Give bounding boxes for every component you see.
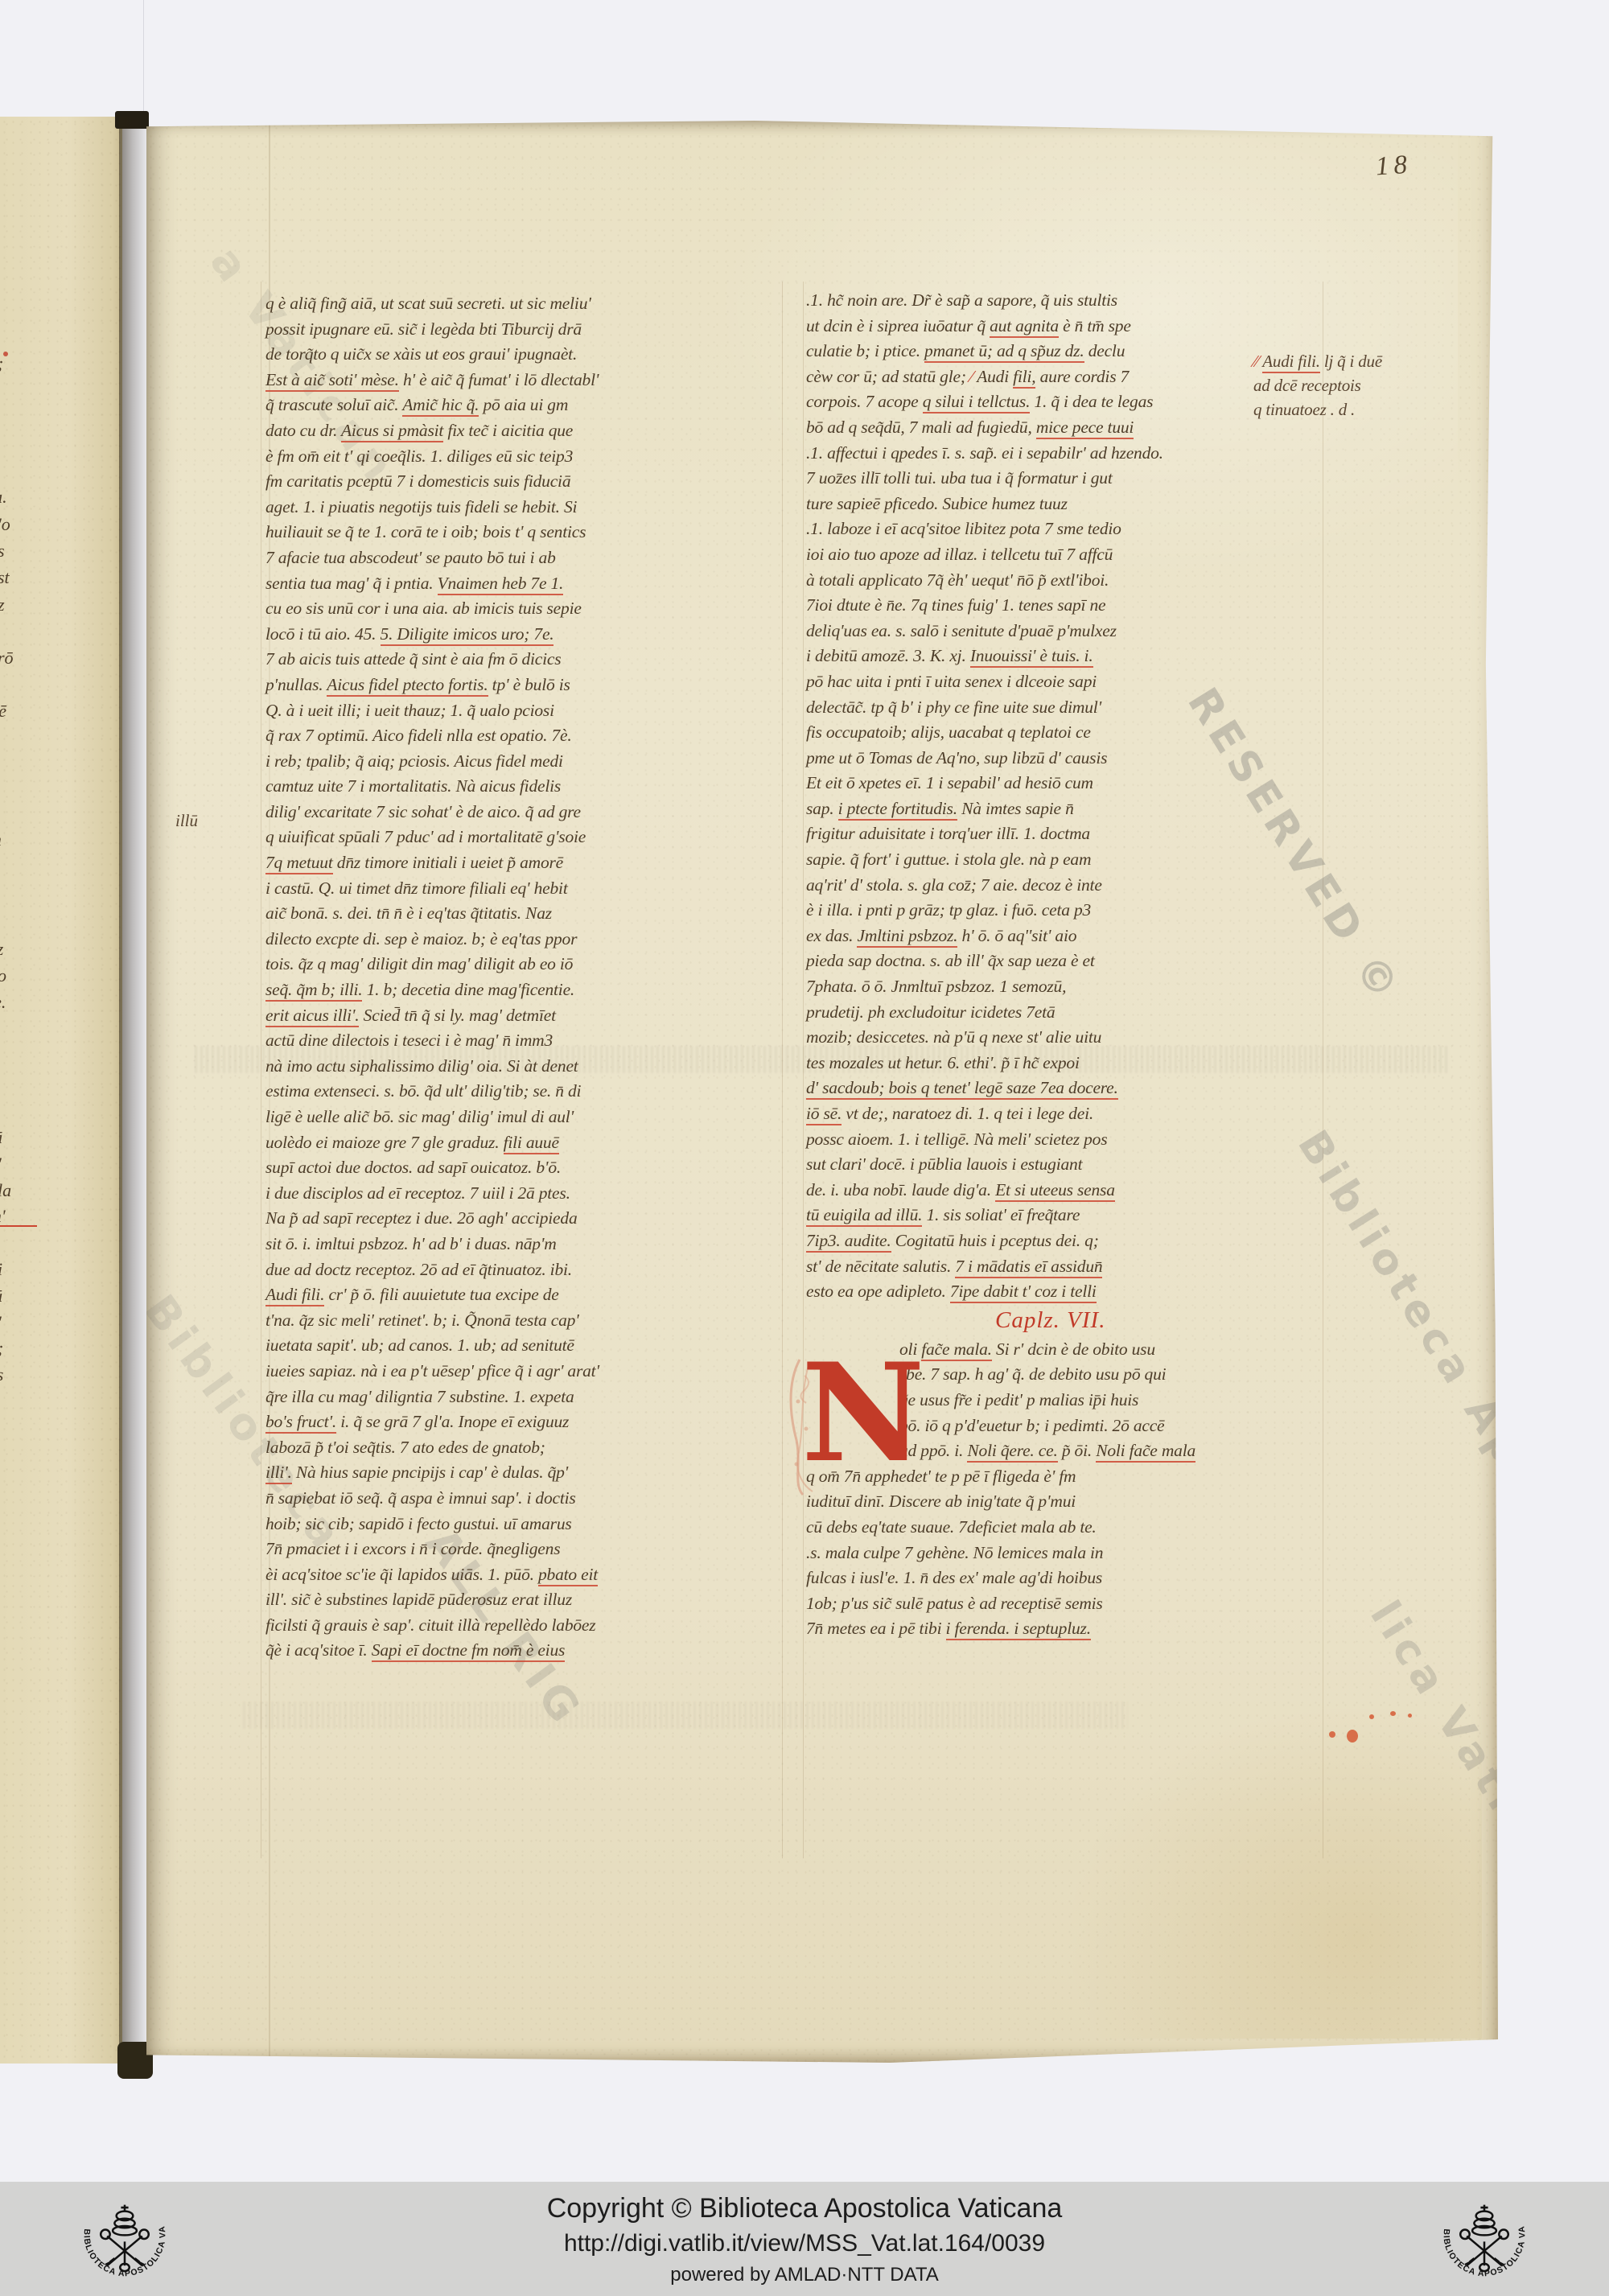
manuscript-line: deliq'uas ea. s. salō i senitute d'puae… bbox=[806, 619, 1327, 644]
manuscript-line: q̃ rax 7 optimū. Aico fideli nlla est o… bbox=[265, 723, 780, 749]
manuscript-line: Est à aic̃ soti' mèse. h' è aic̃ q̃ fuma… bbox=[265, 368, 780, 393]
manuscript-line: dato cu dr. Aicus si pmàsit fix tec̃ i a… bbox=[265, 418, 780, 444]
manuscript-line: possc aioem. 1. i telligē. Nà meli' sci… bbox=[806, 1127, 1327, 1153]
manuscript-line: tes mozales ut hetur. 6. ethi'. p̃ ī hc… bbox=[806, 1051, 1327, 1076]
manuscript-line: uolèdo ei maioze gre 7 gle graduz. fili … bbox=[265, 1130, 780, 1156]
manuscript-line: .s. mala culpe 7 gehène. Nō lemices mal… bbox=[806, 1541, 1327, 1566]
manuscript-line: delectāc̃. tp q̃ b' i phy ce fine uite … bbox=[806, 695, 1327, 721]
manuscript-line: aic̃ bonā. s. dei. tn̄ n̄ è i eq'tas q̃… bbox=[265, 901, 780, 927]
manuscript-page: RESERVED ©Biblioteca Apostlica Vaticanaa… bbox=[146, 121, 1498, 2063]
manuscript-line: èi acq'sitoe sc'ie q̃i lapidos uiās. 1.… bbox=[265, 1562, 780, 1588]
clipped-text-fragment: é bbox=[0, 676, 37, 693]
clipped-text-fragment: q' bbox=[0, 1155, 37, 1173]
clipped-text-fragment: · bbox=[0, 382, 37, 400]
manuscript-line: locō i tū aio. 45. 5. Diligite imicos … bbox=[265, 622, 780, 648]
clipped-text-fragment: q' bbox=[0, 1314, 37, 1331]
manuscript-line: frigitur aduisitate i torq'uer illī. 1.… bbox=[806, 821, 1327, 847]
manuscript-line: illi'. Nà hius sapie pncipijs i cap' è d… bbox=[265, 1460, 780, 1486]
manuscript-line: Na p̃ ad sapī receptez i due. 2ō agh' … bbox=[265, 1206, 780, 1232]
ruling-line bbox=[261, 282, 261, 1858]
clipped-text-fragment: è bbox=[0, 1393, 37, 1410]
clipped-text-fragment: m' bbox=[0, 1208, 37, 1227]
manuscript-line: 7 uoz̄es illī tolli tui. uba tua i q̃ f… bbox=[806, 466, 1327, 492]
manuscript-line: fis occupatoib; alijs, uacabat q teplato… bbox=[806, 720, 1327, 746]
clipped-text-fragment: r bbox=[0, 327, 37, 345]
manuscript-line: pieda sap doctna. s. ab ill' q̃x sap uez… bbox=[806, 948, 1327, 974]
clipped-text-fragment: ti bbox=[0, 1101, 37, 1119]
manuscript-line: è fm om̄ eit t' qi coeq̃lis. 1. diliges … bbox=[265, 444, 780, 470]
manuscript-line: dilecto excpte di. sep è maioz. b; è eq'… bbox=[265, 927, 780, 953]
manuscript-line: st' de nēcitate salutis. 7 i mādatis e… bbox=[806, 1254, 1327, 1280]
manuscript-line: erit aicus illi'. Scied̄ tn̄ q̃ si ly. m… bbox=[265, 1003, 780, 1029]
footer-powered-by: powered by AMLAD·NTT DATA bbox=[0, 2264, 1609, 2286]
manuscript-line: 7n̄ metes ea i pē tibi i ferenda. i sep… bbox=[806, 1616, 1327, 1642]
clipped-text-fragment: o bbox=[0, 1235, 37, 1253]
manuscript-line: 7phata. ō ō. Jnmltuī psbzoz. 1 semozu… bbox=[806, 974, 1327, 1000]
manuscript-line: d' sacdoub; bois q tenet' legē saze 7ea… bbox=[806, 1076, 1327, 1101]
manuscript-line: aget. 1. i piuatis negotijs tuis fideli … bbox=[265, 495, 780, 521]
manuscript-line: labozā p̃ t'oi seq̃tis. 7 ato edes de g… bbox=[265, 1435, 780, 1461]
manuscript-line: nà imo actu siphalissimo dilig' oia. Si … bbox=[265, 1054, 780, 1080]
clipped-text-fragment: as bbox=[0, 542, 37, 560]
manuscript-line: supī actoi due doctos. ad sapī ouicato… bbox=[265, 1155, 780, 1181]
manuscript-line: q tinuatoez . d . bbox=[1253, 397, 1463, 422]
manuscript-line: fulcas i iusl'e. 1. n̄ des ex' male ag'd… bbox=[806, 1566, 1327, 1591]
clipped-text-fragment: ost bbox=[0, 569, 37, 586]
clipped-text-fragment: ēz bbox=[0, 940, 37, 958]
clipped-text-fragment: t' bbox=[0, 300, 37, 318]
clipped-text-fragment: tā bbox=[0, 1129, 37, 1146]
clipped-text-fragment: d bbox=[0, 913, 37, 931]
manuscript-line: q̃re illa cu mag' diligntia 7 substine. … bbox=[265, 1385, 780, 1410]
clipped-text-fragment: q̃ bbox=[0, 886, 37, 903]
manuscript-line: ioi aio tuo apoze ad illaz. i tellcetu t… bbox=[806, 542, 1327, 568]
manuscript-line: i reb; tpalib; q̃ aiq; pciosis. Aicus fi… bbox=[265, 749, 780, 775]
manuscript-line: bō ad q seq̃dū, 7 mali ad fugiedū, mi… bbox=[806, 415, 1327, 441]
manuscript-line: 7 ab aicis tuis attede q̃ sint è aia fm … bbox=[265, 647, 780, 673]
manuscript-line: 7n̄ pmaciet i i excors i n̄ i corde. q̃n… bbox=[265, 1537, 780, 1562]
manuscript-line: possit ipugnare eū. sic̃ i legèda bti T… bbox=[265, 317, 780, 343]
manuscript-line: .1. hc̃ noin are. Dr̃ è sap̃ a sapore, q… bbox=[806, 288, 1327, 314]
book-gutter-shadow bbox=[119, 117, 150, 2064]
manuscript-line: pō hac uita i pnti ī uita senex i dlce… bbox=[806, 669, 1327, 695]
clipped-text-fragment: ho bbox=[0, 967, 37, 985]
manuscript-line: q è aliq̃ fing̃ aiā, ut scat suū secre… bbox=[265, 291, 780, 317]
ruling-line bbox=[803, 282, 804, 1858]
watermark-text-tile: Biblioteca Apost bbox=[1288, 1122, 1583, 1554]
manuscript-line: ficilsti q̃ grauis è sap'. cituit illà r… bbox=[265, 1613, 780, 1639]
manuscript-line: aq'rit' d' stola. s. gla coz̄; 7 aie. de… bbox=[806, 873, 1327, 899]
manuscript-line: 7q metuut dn̄z timore initiali i ueiet p… bbox=[265, 850, 780, 876]
manuscript-line: iuetata sapit'. ub; ad canos. 1. ub; ad … bbox=[265, 1333, 780, 1359]
manuscript-line: esto ea ope adipleto. 7ipe dabit t' coz … bbox=[806, 1279, 1327, 1305]
manuscript-line: .1. affectui i qpedes ī. s. sap̃. ei i … bbox=[806, 441, 1327, 467]
manuscript-line: fm caritatis pceptū 7 i domesticis suis… bbox=[265, 469, 780, 495]
clipped-text-fragment: i bbox=[0, 623, 37, 640]
manuscript-line: actū dine dilectois i teseci i è mag' n… bbox=[265, 1028, 780, 1054]
manuscript-line: à totali applicato 7q̃ èh' uequt' n̄ō p… bbox=[806, 568, 1327, 594]
manuscript-line: .1. laboze i eī acq'sitoe libitez pota … bbox=[806, 516, 1327, 542]
red-ink-blot bbox=[1347, 1730, 1358, 1743]
manuscript-line: è i illa. i pnti p grāz; tp glaz. i fuo… bbox=[806, 898, 1327, 924]
chapter-heading: Caplz. VII. bbox=[806, 1305, 1327, 1337]
manuscript-line: sentia tua mag' q̃ i pntia. Vnaimen heb … bbox=[265, 571, 780, 597]
manuscript-line: tois. q̃z q mag' diligit din mag' diligi… bbox=[265, 952, 780, 977]
ruling-line bbox=[782, 282, 783, 1858]
clipped-text-fragment: uz bbox=[0, 596, 37, 614]
manuscript-line: 7ip3. audite. Cogitatū huis i pceptus d… bbox=[806, 1228, 1327, 1254]
clipped-text-fragment: p'o bbox=[0, 516, 37, 533]
manuscript-line: tū euigila ad illū. 1. sis soliat' eī… bbox=[806, 1203, 1327, 1228]
manuscript-line: sap. i ptecte fortitudis. Nà imtes sapie… bbox=[806, 796, 1327, 822]
manuscript-line: due ad doctz receptoz. 2ō ad eī q̃tinu… bbox=[265, 1257, 780, 1283]
parchment-stain bbox=[1064, 1701, 1482, 2039]
manuscript-line: de. i. uba nobī. laude dig'a. Et si ute… bbox=[806, 1178, 1327, 1204]
clipped-text-fragment: le. bbox=[0, 994, 37, 1011]
manuscript-line: culatie b; i ptice. pmanet ū; ad q sp̃u… bbox=[806, 339, 1327, 364]
margin-note-right: ⁄⁄ Audi fili. lj q̃ i duēad dcē recept… bbox=[1253, 349, 1463, 422]
manuscript-line: ill'. sic̃ è substines lapidē pūderosu… bbox=[265, 1587, 780, 1613]
manuscript-line: Q. à i ueit illi; i ueit thauz; 1. q̃ ua… bbox=[265, 698, 780, 724]
parchment-smudge-band-2 bbox=[243, 1701, 1128, 1729]
clipped-text-fragment: grō bbox=[0, 649, 37, 667]
manuscript-line: sit ō. i. imltui psbzoz. h' ad b' i dua… bbox=[265, 1232, 780, 1257]
manuscript-line: t'na. q̃z sic meli' retinet'. b; i. Q̃no… bbox=[265, 1308, 780, 1334]
clipped-text-fragment: hi bbox=[0, 1261, 37, 1278]
red-ink-blot bbox=[1390, 1711, 1396, 1716]
clipped-text-fragment: ıa. bbox=[0, 488, 37, 506]
manuscript-line: q uiuificat spūali 7 pduc' ad i mortali… bbox=[265, 825, 780, 850]
manuscript-line: prudetij. ph excludoitur icidetes 7etā bbox=[806, 1000, 1327, 1026]
manuscript-line: cèw cor ū; ad statū gle; ⁄ Audi fili, … bbox=[806, 364, 1327, 390]
scan-background-seam bbox=[143, 0, 144, 119]
manuscript-line: huiliauit se q̃ te 1. corā te i oib; bo… bbox=[265, 520, 780, 545]
manuscript-line: p'nullas. Aicus fidel ptecto fortis. tp'… bbox=[265, 673, 780, 698]
manuscript-line: iueies sapiaz. nà i ea p't uēsep' pfice… bbox=[265, 1359, 780, 1385]
margin-note-left: illū bbox=[175, 811, 198, 831]
digitized-manuscript-viewer: { "folio_number": "18", "footer": { "cop… bbox=[0, 0, 1609, 2296]
footer-url: http://digi.vatlib.it/view/MSS_Vat.lat.1… bbox=[0, 2230, 1609, 2257]
manuscript-line: corpois. 7 acope q silui i tellctus. 1. … bbox=[806, 389, 1327, 415]
manuscript-line: Audi fili. cr' p̃ ō. fili auuietute tua… bbox=[265, 1282, 780, 1308]
manuscript-line: sapie. q̃ fort' i guttue. i stola gle. n… bbox=[806, 847, 1327, 873]
manuscript-line: q̃ trascute soluī aic̃. Amic̃ hic q̃. p… bbox=[265, 393, 780, 418]
manuscript-line: camtuz uite 7 i mortalitatis. Nà aicus f… bbox=[265, 774, 780, 800]
clipped-text-fragment: ılē bbox=[0, 702, 37, 720]
manuscript-line: bo's fruct'. i. q̃ se grā 7 gl'a. Inope… bbox=[265, 1409, 780, 1435]
manuscript-line: 7ioi dtute è n̄e. 7q tines fuig' 1. tene… bbox=[806, 593, 1327, 619]
footer-copyright: Copyright © Biblioteca Apostolica Vatica… bbox=[0, 2193, 1609, 2224]
clipped-text-fragment: ò; bbox=[0, 355, 37, 372]
clipped-text-fragment: a bbox=[0, 409, 37, 427]
clipped-text-fragment: pla bbox=[0, 1182, 37, 1199]
manuscript-line: ad dcē receptois bbox=[1253, 373, 1463, 397]
red-ink-blot bbox=[1369, 1714, 1374, 1719]
text-column-left: q è aliq̃ fing̃ aiā, ut scat suū secre… bbox=[265, 291, 780, 1664]
manuscript-line: seq̃. q̃m b; illi. 1. b; decetia dine ma… bbox=[265, 977, 780, 1003]
clipped-text-fragment: ò bbox=[0, 858, 37, 876]
manuscript-line: ture sapieē pficedo. Subice humez tuuz bbox=[806, 492, 1327, 517]
manuscript-line: de torq̃to q uic̃x se xàis ut eos graui'… bbox=[265, 342, 780, 368]
manuscript-line: dilig' excaritate 7 sic sohat' è de aico… bbox=[265, 800, 780, 825]
footer-bar: BIBLIOTECA APOSTOLICA VATICANA BIBLIOTEC… bbox=[0, 2182, 1609, 2296]
decorated-initial: N bbox=[796, 1350, 887, 1488]
folio-number: 18 bbox=[1375, 150, 1413, 182]
manuscript-line: estima extenseci. s. bō. q̃d ult' dilig… bbox=[265, 1079, 780, 1105]
manuscript-line: Et eit ō xpetes eī. 1 i sepabil' ad he… bbox=[806, 771, 1327, 796]
red-ink-blot bbox=[1329, 1731, 1335, 1738]
manuscript-line: hoib; sic cib; sapidō i fecto gustui. u… bbox=[265, 1512, 780, 1537]
manuscript-line: cu eo sis unū cor i una aia. ab imicis … bbox=[265, 596, 780, 622]
manuscript-line: ⁄⁄ Audi fili. lj q̃ i duē bbox=[1253, 349, 1463, 373]
clipped-text-fragment: ks bbox=[0, 1366, 37, 1384]
initial-letter-N: N bbox=[801, 1345, 925, 1480]
clipped-text-fragment: ē bbox=[0, 270, 37, 287]
clipped-text-fragment: b; bbox=[0, 1339, 37, 1357]
manuscript-line: mozib; desiccetes. nà p'ū q nexe st' al… bbox=[806, 1025, 1327, 1051]
manuscript-line: cū debs eq'tate suaue. 7deficiet mala a… bbox=[806, 1515, 1327, 1541]
manuscript-line: q̃è i acq'sitoe ī. Sapi eī doctne fm n… bbox=[265, 1638, 780, 1664]
manuscript-line: iō sē. vt de;, naratoez di. 1. q tei i… bbox=[806, 1101, 1327, 1127]
manuscript-line: 7 afacie tua abscodeut' se pauto bō tui… bbox=[265, 545, 780, 571]
clipped-text-fragment: m bbox=[0, 831, 37, 849]
manuscript-line: 1ob; p'us sic̃ sulē patus è ad receptis… bbox=[806, 1591, 1327, 1617]
manuscript-line: ligē è uelle alic̃ bō. sic mag' dilig'… bbox=[265, 1105, 780, 1130]
manuscript-line: i due disciplos ad eī receptoz. 7 uiil … bbox=[265, 1181, 780, 1207]
manuscript-line: pme ut ō Tomas de Aq'no, sup libzū d' … bbox=[806, 746, 1327, 772]
manuscript-line: ut dcin è i siprea iuōatur q̃ aut agnit… bbox=[806, 314, 1327, 339]
red-ink-blot bbox=[1408, 1714, 1412, 1718]
manuscript-line: i castū. Q. ui timet dn̄z timore filial… bbox=[265, 876, 780, 902]
manuscript-line: i debitū amozē. 3. K. xj. Inuouissi' è… bbox=[806, 644, 1327, 669]
manuscript-line: sut clari' docē. i pūblia lauois i est… bbox=[806, 1152, 1327, 1178]
clipped-text-fragment: lū bbox=[0, 1287, 37, 1305]
facing-page-edge: ēt'rò;·aıa.p'oasostuzigrōéılēmòq̃dēzhole… bbox=[0, 117, 122, 2064]
manuscript-line: n̄ sapiebat iō seq̃. q̃ aspa è imnui sa… bbox=[265, 1486, 780, 1512]
manuscript-line: ex das. Jmltini psbzoz. h' ō. ō aq''si… bbox=[806, 924, 1327, 949]
